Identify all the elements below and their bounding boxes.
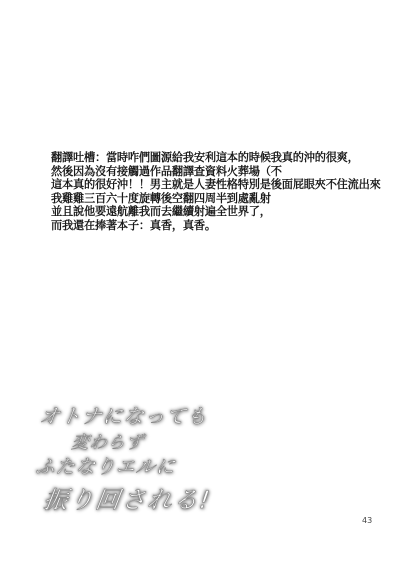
note-line: 這本真的很好沖！！男主就是人妻性格特別是後面屁眼夾不住流出來 xyxy=(51,178,391,192)
title-logo-line: 振り回される! xyxy=(42,480,215,515)
manga-page: 翻譯吐槽：當時咋們圖源給我安利這本的時候我真的沖的很爽， 然後因為沒有接觸過作品… xyxy=(0,0,400,571)
title-logo-line: オトナになっても xyxy=(38,400,210,429)
note-line: 我雞雞三百六十度旋轉後空翻四周半到處亂射 xyxy=(51,192,391,206)
note-line: 並且說他要遠航離我而去繼續射遍全世界了， xyxy=(51,205,391,219)
translator-note: 翻譯吐槽：當時咋們圖源給我安利這本的時候我真的沖的很爽， 然後因為沒有接觸過作品… xyxy=(51,151,391,233)
title-logo: オトナになっても 変わらず ふたなりエルに 振り回される! xyxy=(34,400,234,530)
note-line: 翻譯吐槽：當時咋們圖源給我安利這本的時候我真的沖的很爽， xyxy=(51,151,391,165)
title-logo-line: ふたなりエルに xyxy=(34,452,178,479)
note-line: 而我還在捧著本子：真香，真香。 xyxy=(51,219,391,233)
title-logo-line: 変わらず xyxy=(70,428,146,453)
page-number: 43 xyxy=(362,516,372,525)
note-line: 然後因為沒有接觸過作品翻譯查資料火葬場（不 xyxy=(51,165,391,179)
